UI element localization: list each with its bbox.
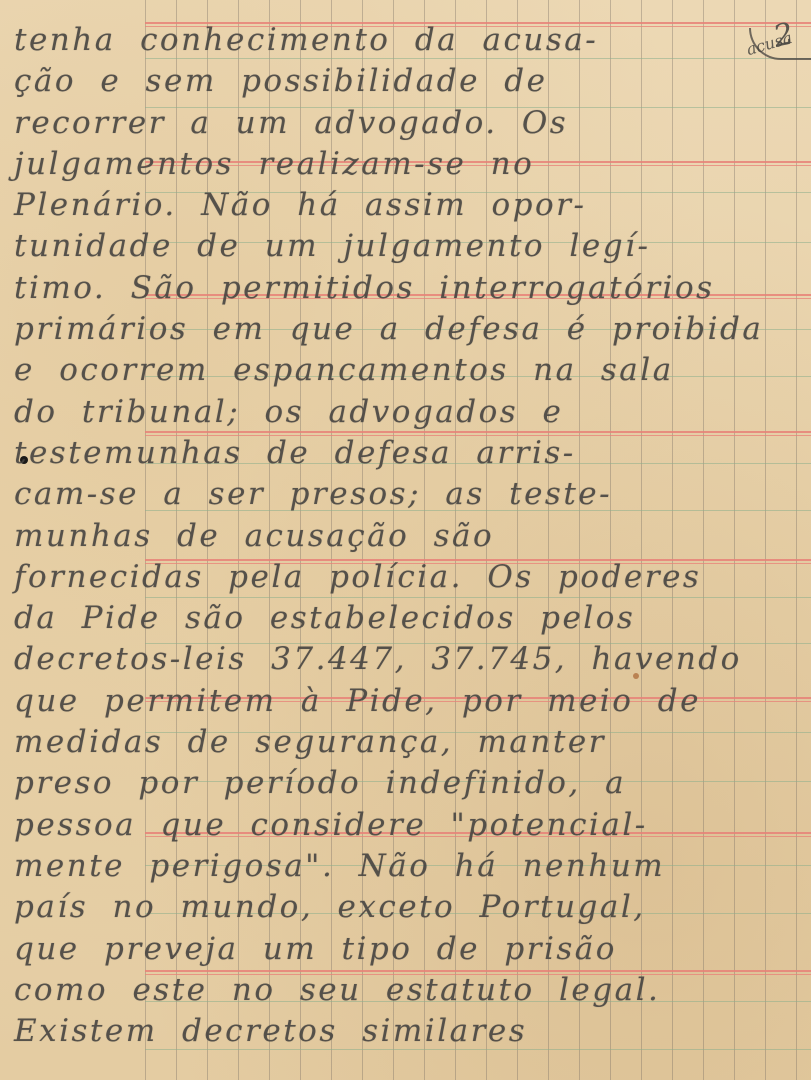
text-line: Plenário. Não há assim opor- [14, 185, 797, 226]
text-line: do tribunal; os advogados e [14, 392, 797, 433]
text-line: testemunhas de defesa arris- [14, 433, 797, 474]
text-line: munhas de acusação são [14, 516, 797, 557]
text-line: timo. São permitidos interrogatórios [14, 268, 797, 309]
text-line: e ocorrem espancamentos na sala [14, 350, 797, 391]
text-line: que permitem à Pide, por meio de [14, 681, 797, 722]
text-line: Existem decretos similares [14, 1011, 797, 1052]
text-line: tenha conhecimento da acusa- [14, 20, 797, 61]
manuscript-page: 2 acusa tenha conhecimento da acusa- ção… [0, 0, 811, 1080]
text-line: pessoa que considere "potencial- [14, 805, 797, 846]
text-line: ção e sem possibilidade de [14, 61, 797, 102]
text-line: mente perigosa". Não há nenhum [14, 846, 797, 887]
text-line: como este no seu estatuto legal. [14, 970, 797, 1011]
text-line: tunidade de um julgamento legí- [14, 226, 797, 267]
text-line: julgamentos realizam-se no [14, 144, 797, 185]
text-line: recorrer a um advogado. Os [14, 103, 797, 144]
text-line: decretos-leis 37.447, 37.745, havendo [14, 639, 797, 680]
text-line: da Pide são estabelecidos pelos [14, 598, 797, 639]
text-line: que preveja um tipo de prisão [14, 929, 797, 970]
text-line: primários em que a defesa é proibida [14, 309, 797, 350]
text-line: preso por período indefinido, a [14, 763, 797, 804]
handwritten-text: tenha conhecimento da acusa- ção e sem p… [14, 20, 797, 1052]
text-line: fornecidas pela polícia. Os poderes [14, 557, 797, 598]
text-line: país no mundo, exceto Portugal, [14, 887, 797, 928]
text-line: cam-se a ser presos; as teste- [14, 474, 797, 515]
text-line: medidas de segurança, manter [14, 722, 797, 763]
